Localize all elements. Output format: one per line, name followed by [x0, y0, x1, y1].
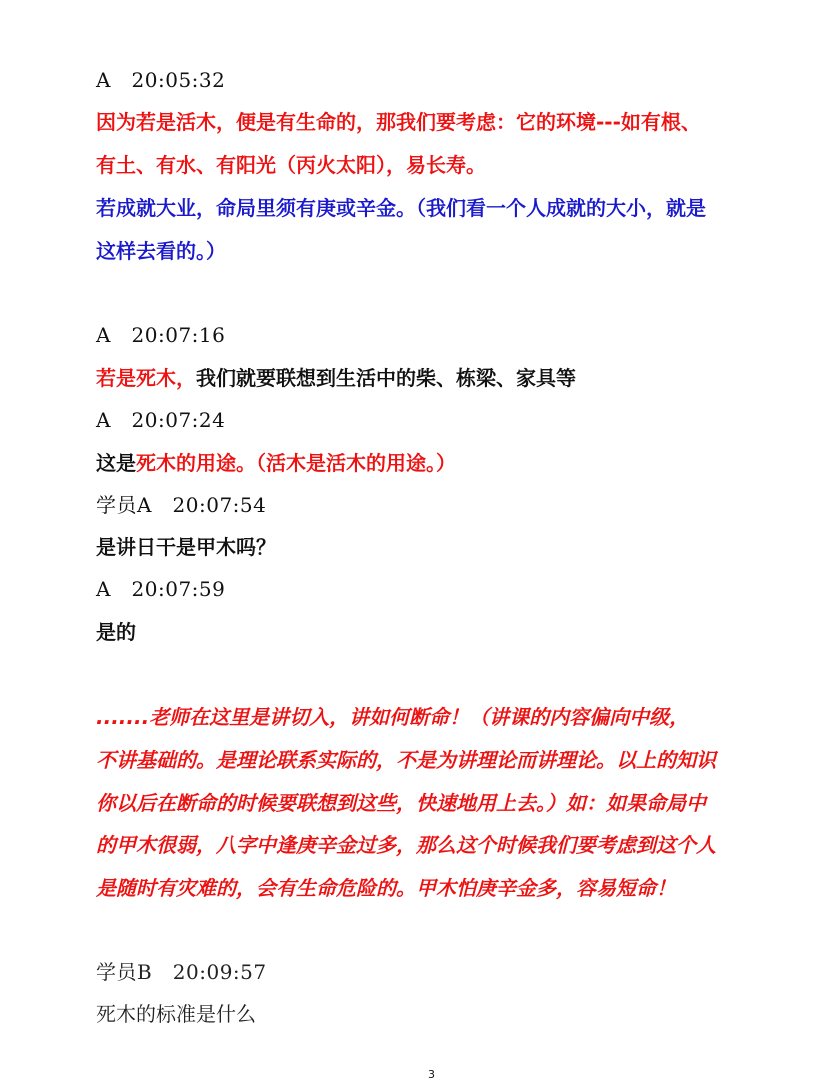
paragraph-text: 若成就大业，命局里须有庚或辛金。（我们看一个人成就的大小，就是 [96, 196, 706, 220]
timestamp: 20:07:54 [173, 493, 267, 517]
page-number: 3 [428, 1068, 435, 1081]
message-header: 学员A 20:07:54 [96, 493, 266, 517]
message-header: 学员B 20:09:57 [96, 960, 267, 984]
timestamp: 20:07:16 [132, 323, 226, 347]
commentary-text: 是随时有灾难的，会有生命危险的。甲木怕庚辛金多，容易短命！ [96, 876, 676, 900]
timestamp: 20:05:32 [132, 68, 226, 92]
paragraph-text: 若是死木，我们就要联想到生活中的柴、栋梁、家具等 [96, 366, 576, 390]
paragraph-text: 因为若是活木，便是有生命的，那我们要考虑：它的环境---如有根、 [96, 110, 701, 134]
message-header: A 20:07:24 [96, 408, 225, 432]
message-header: A 20:07:59 [96, 577, 225, 601]
commentary-text: .......老师在这里是讲切入，讲如何断命！（讲课的内容偏向中级， [96, 705, 689, 729]
message-header: A 20:07:16 [96, 323, 225, 347]
commentary-text: 的甲木很弱，八字中逢庚辛金过多，那么这个时候我们要考虑到这个人 [96, 833, 716, 857]
body-text: 这是 [96, 451, 136, 475]
speaker: 学员A [96, 493, 152, 517]
paragraph-text: 有土、有水、有阳光（丙火太阳），易长寿。 [96, 153, 486, 177]
paragraph-text: 死木的标准是什么 [96, 1002, 256, 1026]
message-header: A 20:05:32 [96, 68, 225, 92]
paragraph-text: 这是死木的用途。（活木是活木的用途。） [96, 451, 456, 475]
speaker: A [96, 68, 111, 92]
speaker: A [96, 577, 111, 601]
paragraph-text: 是讲日干是甲木吗？ [96, 535, 276, 559]
speaker: A [96, 408, 111, 432]
paragraph-text: 这样去看的。） [96, 239, 226, 263]
speaker: 学员B [96, 960, 152, 984]
timestamp: 20:07:59 [132, 577, 226, 601]
body-text: 我们就要联想到生活中的柴、栋梁、家具等 [196, 366, 576, 390]
highlight-text: 若是死木， [96, 366, 196, 390]
timestamp: 20:09:57 [173, 960, 267, 984]
commentary-text: 不讲基础的。是理论联系实际的，不是为讲理论而讲理论。以上的知识 [96, 748, 716, 772]
paragraph-text: 是的 [96, 620, 136, 644]
highlight-text: 死木的用途。（活木是活木的用途。） [136, 451, 456, 475]
speaker: A [96, 323, 111, 347]
commentary-text: 你以后在断命的时候要联想到这些，快速地用上去。）如：如果命局中 [96, 791, 706, 815]
timestamp: 20:07:24 [132, 408, 226, 432]
